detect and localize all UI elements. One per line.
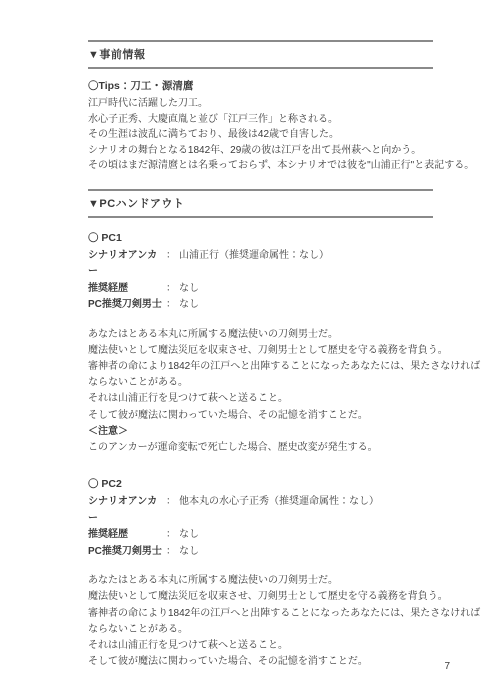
field-row-recommended-career: 推奨経歴 ： なし: [88, 527, 433, 544]
note-title: ＜注意＞: [88, 424, 433, 440]
body-line: そして彼が魔法に関わっていた場合、その記憶を消すことだ。: [88, 654, 433, 670]
body-line: そして彼が魔法に関わっていた場合、その記憶を消すことだ。: [88, 408, 433, 424]
field-row-scenario-anchor: シナリオアンカー ： 他本丸の水心子正秀（推奨運命属性：なし）: [88, 494, 433, 527]
body-line: 審神者の命により1842年の江戸へと出陣することになったあなたには、果たさなけれ…: [88, 606, 433, 622]
field-colon: ：: [166, 297, 179, 314]
section-pre-info-heading-box: ▼事前情報: [88, 40, 433, 69]
document-page: ▼事前情報 〇Tips：刀工・源清麿 江戸時代に活躍した刀工。 水心子正秀、大慶…: [0, 0, 500, 700]
body-line: 審神者の命により1842年の江戸へと出陣することになったあなたには、果たさなけれ…: [88, 359, 433, 375]
page-number: 7: [444, 661, 450, 672]
field-value: なし: [179, 527, 199, 544]
field-colon: ：: [166, 527, 179, 544]
pc2-body: あなたはとある本丸に所属する魔法使いの刀剣男士だ。 魔法使いとして魔法災厄を収束…: [88, 573, 433, 670]
body-line: 魔法使いとして魔法災厄を収束させ、刀剣男士として歴史を守る義務を背負う。: [88, 343, 433, 359]
field-label: 推奨経歴: [88, 527, 166, 544]
field-row-scenario-anchor: シナリオアンカー ： 山浦正行（推奨運命属性：なし）: [88, 248, 433, 281]
paragraph-line: その頃はまだ源清麿とは名乗っておらず、本シナリオでは彼を"山浦正行"と表記する。: [88, 158, 433, 174]
body-line: あなたはとある本丸に所属する魔法使いの刀剣男士だ。: [88, 573, 433, 589]
pc1-title: 〇 PC1: [88, 230, 433, 245]
field-colon: ：: [166, 494, 179, 527]
field-row-recommended-sword: PC推奨刀剣男士 ： なし: [88, 544, 433, 561]
field-label: シナリオアンカー: [88, 248, 166, 281]
paragraph-line: シナリオの舞台となる1842年、29歳の彼は江戸を出て長州萩へと向かう。: [88, 143, 433, 159]
pc2-fields: シナリオアンカー ： 他本丸の水心子正秀（推奨運命属性：なし） 推奨経歴 ： な…: [88, 494, 433, 560]
page-content: ▼事前情報 〇Tips：刀工・源清麿 江戸時代に活躍した刀工。 水心子正秀、大慶…: [88, 40, 433, 670]
body-line: ならないことがある。: [88, 375, 433, 391]
pre-info-paragraph: 江戸時代に活躍した刀工。 水心子正秀、大慶直胤と並び「江戸三作」と称される。 そ…: [88, 96, 433, 174]
field-value: 他本丸の水心子正秀（推奨運命属性：なし）: [179, 494, 379, 527]
field-row-recommended-sword: PC推奨刀剣男士 ： なし: [88, 297, 433, 314]
section-handout-heading-box: ▼PCハンドアウト: [88, 189, 433, 218]
pc1-fields: シナリオアンカー ： 山浦正行（推奨運命属性：なし） 推奨経歴 ： なし PC推…: [88, 248, 433, 314]
pc1-body: あなたはとある本丸に所属する魔法使いの刀剣男士だ。 魔法使いとして魔法災厄を収束…: [88, 327, 433, 424]
body-line: それは山浦正行を見つけて萩へと送ること。: [88, 638, 433, 654]
field-colon: ：: [166, 248, 179, 281]
field-label: PC推奨刀剣男士: [88, 544, 166, 561]
field-value: なし: [179, 281, 199, 298]
field-label: PC推奨刀剣男士: [88, 297, 166, 314]
pc2-title: 〇 PC2: [88, 476, 433, 491]
tips-title: 〇Tips：刀工・源清麿: [88, 78, 433, 93]
pc1-note: ＜注意＞ このアンカーが運命変転で死亡した場合、歴史改変が発生する。: [88, 424, 433, 456]
field-value: なし: [179, 297, 199, 314]
section-heading-handout: ▼PCハンドアウト: [88, 195, 433, 211]
paragraph-line: 水心子正秀、大慶直胤と並び「江戸三作」と称される。: [88, 112, 433, 128]
field-value: 山浦正行（推奨運命属性：なし）: [179, 248, 329, 281]
paragraph-line: その生涯は波乱に満ちており、最後は42歳で自害した。: [88, 127, 433, 143]
body-line: ならないことがある。: [88, 622, 433, 638]
body-line: あなたはとある本丸に所属する魔法使いの刀剣男士だ。: [88, 327, 433, 343]
paragraph-line: 江戸時代に活躍した刀工。: [88, 96, 433, 112]
field-colon: ：: [166, 544, 179, 561]
body-line: それは山浦正行を見つけて萩へと送ること。: [88, 391, 433, 407]
note-body: このアンカーが運命変転で死亡した場合、歴史改変が発生する。: [88, 440, 433, 456]
section-heading-pre-info: ▼事前情報: [88, 46, 433, 62]
field-row-recommended-career: 推奨経歴 ： なし: [88, 281, 433, 298]
body-line: 魔法使いとして魔法災厄を収束させ、刀剣男士として歴史を守る義務を背負う。: [88, 589, 433, 605]
field-label: 推奨経歴: [88, 281, 166, 298]
field-colon: ：: [166, 281, 179, 298]
field-value: なし: [179, 544, 199, 561]
field-label: シナリオアンカー: [88, 494, 166, 527]
